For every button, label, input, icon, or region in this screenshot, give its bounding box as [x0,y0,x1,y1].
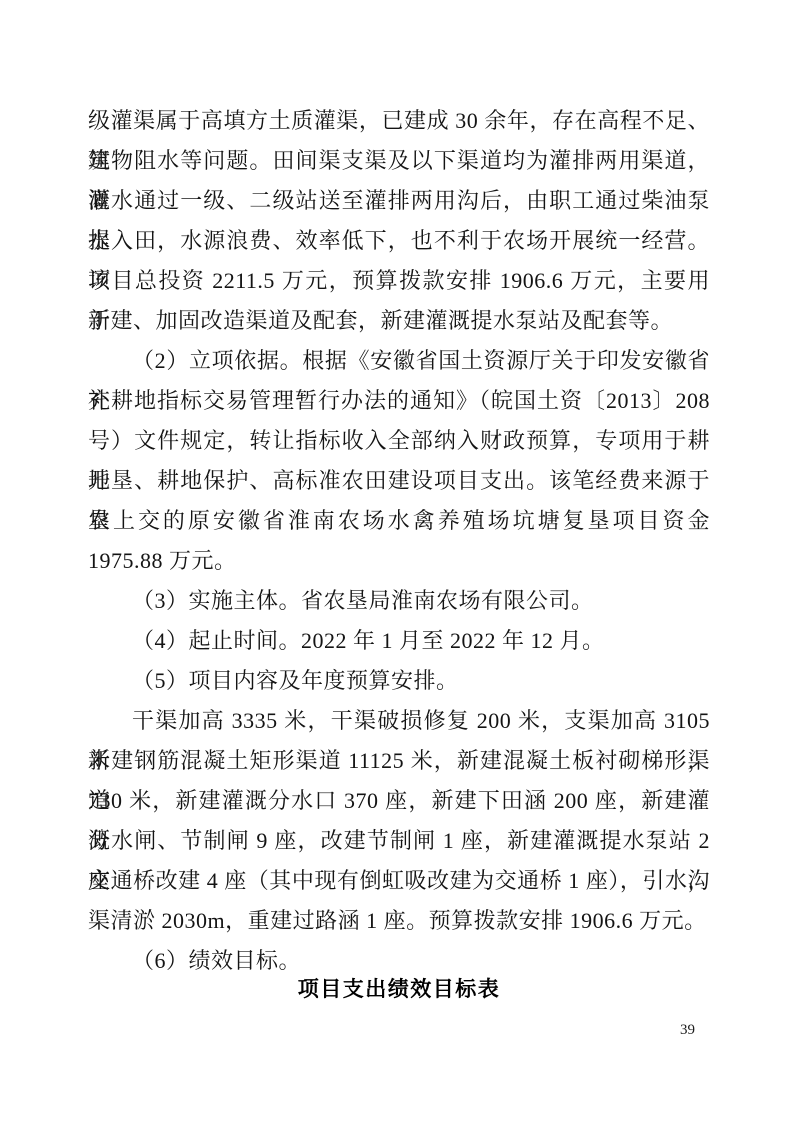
text-line: （3）实施主体。省农垦局淮南农场有限公司。 [88,581,710,621]
text-line: 充耕地指标交易管理暂行办法的通知》（皖国土资〔2013〕208 [88,381,710,421]
text-line: 交通桥改建 4 座（其中现有倒虹吸改建为交通桥 1 座），引水沟 [88,861,710,901]
text-line: 级灌渠属于高填方土质灌渠，已建成 30 余年，存在高程不足、建 [88,101,710,141]
document-body: 级灌渠属于高填方土质灌渠，已建成 30 余年，存在高程不足、建 筑物阻水等问题。… [88,101,710,1003]
text-line: 溉水通过一级、二级站送至灌排两用沟后，由职工通过柴油泵提 [88,181,710,221]
text-line: 筑物阻水等问题。田间渠支渠及以下渠道均为灌排两用渠道，灌 [88,141,710,181]
text-line: 垦上交的原安徽省淮南农场水禽养殖场坑塘复垦项目资金 [88,501,710,541]
text-line: （4）起止时间。2022 年 1 月至 2022 年 12 月。 [88,621,710,661]
page-number: 39 [680,1021,695,1039]
document-page: 级灌渠属于高填方土质灌渠，已建成 30 余年，存在高程不足、建 筑物阻水等问题。… [0,0,794,1122]
text-line: 730 米，新建灌溉分水口 370 座，新建下田涵 200 座，新建灌溉 [88,781,710,821]
text-line: 分水闸、节制闸 9 座，改建节制闸 1 座，新建灌溉提水泵站 2 座， [88,821,710,861]
text-line: 号）文件规定，转让指标收入全部纳入财政预算，专项用于耕地 [88,421,710,461]
text-line: 干渠加高 3335 米，干渠破损修复 200 米，支渠加高 3105 米， [88,701,710,741]
text-line: 开垦、耕地保护、高标准农田建设项目支出。该笔经费来源于农 [88,461,710,501]
text-line: 1975.88 万元。 [88,541,710,581]
text-line: 渠清淤 2030m，重建过路涵 1 座。预算拨款安排 1906.6 万元。 [88,901,710,941]
text-line: （2）立项依据。根据《安徽省国土资源厅关于印发安徽省补 [88,341,710,381]
text-line: 新建、加固改造渠道及配套，新建灌溉提水泵站及配套等。 [88,301,710,341]
text-line: 项目总投资 2211.5 万元，预算拨款安排 1906.6 万元，主要用于 [88,261,710,301]
text-line: （6）绩效目标。 [88,941,710,981]
text-line: 新建钢筋混凝土矩形渠道 11125 米，新建混凝土板衬砌梯形渠道 [88,741,710,781]
text-line: 水入田，水源浪费、效率低下，也不利于农场开展统一经营。该 [88,221,710,261]
text-line: （5）项目内容及年度预算安排。 [88,661,710,701]
